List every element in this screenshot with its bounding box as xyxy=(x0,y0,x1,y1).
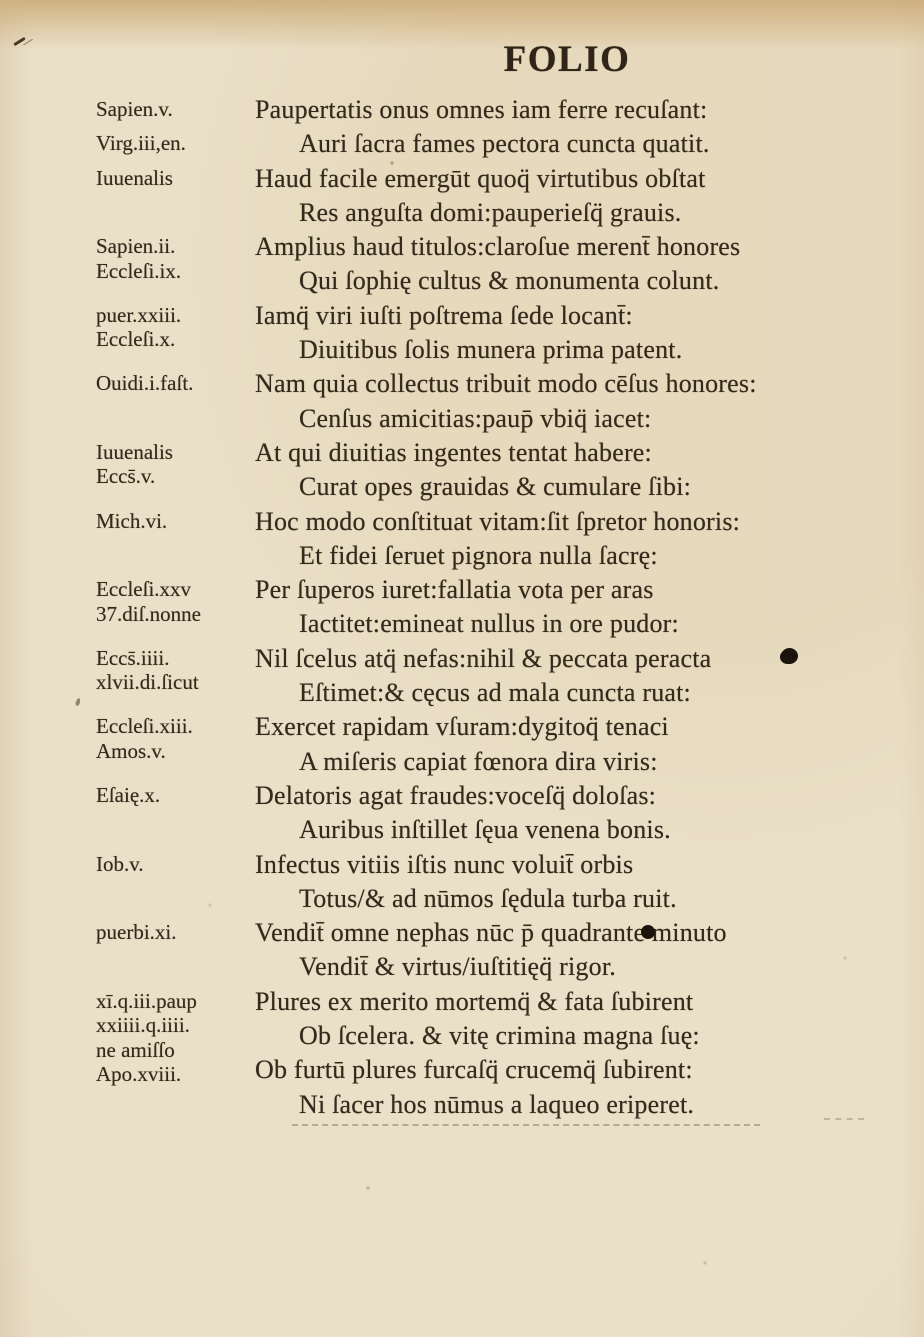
poem-line: Iactitet:emineat nullus in ore pudor: xyxy=(255,608,901,640)
poem-line: Amplius haud titulos:claroſue merent̄ ho… xyxy=(255,231,901,263)
poem-line: Nam quia collectus tribuit modo cēſus ho… xyxy=(255,368,901,400)
margin-citation: Eccleſi.xiii. xyxy=(96,714,255,739)
poem-line: Vendit̄ & virtus/iuſtitięq̈ rigor. xyxy=(255,951,901,983)
poem-row: Ni ſacer hos nūmus a laqueo eriperet. xyxy=(96,1089,901,1123)
margin-notes xyxy=(96,471,255,474)
poem-line: Res anguſta domi:pauperieſq̈ grauis. xyxy=(255,197,901,229)
poem-line: Delatoris agat fraudes:voceſq̈ doloſas: xyxy=(255,780,901,812)
margin-citation: xī.q.iii.paup xyxy=(96,989,255,1014)
margin-citation: Amos.v. xyxy=(96,739,255,764)
margin-notes: puerbi.xi. xyxy=(96,917,255,945)
margin-notes: xī.q.iii.paupxxiiii.q.iiii.ne amiſſoApo.… xyxy=(96,986,255,1087)
margin-notes xyxy=(96,540,255,543)
poem-row: Totus/& ad nūmos ſędula turba ruit. xyxy=(96,883,901,917)
poem-line: A miſeris capiat fœnora dira viris: xyxy=(255,746,901,778)
margin-citation: Iob.v. xyxy=(96,852,255,877)
margin-notes xyxy=(96,746,255,749)
poem-row: Eſaię.x.Delatoris agat fraudes:voceſq̈ d… xyxy=(96,780,901,814)
poem-row: Eccs̄.iiii.xlvii.di.ſicutNil ſcelus atq̈… xyxy=(96,643,901,677)
poem-row: puerbi.xi.Vendit̄ omne nephas nūc p̄ qua… xyxy=(96,917,901,951)
margin-notes xyxy=(96,814,255,817)
margin-notes xyxy=(96,197,255,200)
margin-notes: Virg.iii,en. xyxy=(96,128,255,156)
margin-notes xyxy=(96,403,255,406)
poem-row: Ouidi.i.faſt.Nam quia collectus tribuit … xyxy=(96,368,901,402)
margin-citation: 37.diſ.nonne xyxy=(96,602,255,627)
poem-line: Qui ſophię cultus & monumenta colunt. xyxy=(255,265,901,297)
poem-row: Eccleſi.xxv37.diſ.nonnePer ſuperos iuret… xyxy=(96,574,901,608)
poem-line: Hoc modo conſtituat vitam:ſit ſpretor ho… xyxy=(255,506,901,538)
margin-citation: Eſaię.x. xyxy=(96,783,255,808)
margin-citation: Apo.xviii. xyxy=(96,1062,255,1087)
margin-citation: Sapien.v. xyxy=(96,97,255,122)
poem-row: puer.xxiii.Eccleſi.x.Iamq̈ viri iuſti po… xyxy=(96,300,901,334)
margin-citation: xlvii.di.ſicut xyxy=(96,670,255,695)
margin-notes: Eccleſi.xiii.Amos.v. xyxy=(96,711,255,763)
margin-citation: Iuuenalis xyxy=(96,166,255,191)
poem-line: Plures ex merito mortemq̈ & fata ſubiren… xyxy=(255,986,901,1018)
poem-line: Auribus inſtillet ſęua venena bonis. xyxy=(255,814,901,846)
margin-notes xyxy=(96,265,255,268)
margin-citation: Eccleſi.ix. xyxy=(96,259,255,284)
poem-line: Curat opes grauidas & cumulare ſibi: xyxy=(255,471,901,503)
ink-blot xyxy=(781,648,798,664)
margin-citation: Sapien.ii. xyxy=(96,234,255,259)
poem-row: IuuenalisEccs̄.v.At qui diuitias ingente… xyxy=(96,437,901,471)
poem-row: xī.q.iii.paupxxiiii.q.iiii.ne amiſſoApo.… xyxy=(96,986,901,1020)
ink-blot xyxy=(641,925,655,939)
poem-row: Res anguſta domi:pauperieſq̈ grauis. xyxy=(96,197,901,231)
margin-citation: Ouidi.i.faſt. xyxy=(96,371,255,396)
poem-row: IuuenalisHaud facile emergūt quoq̈ virtu… xyxy=(96,163,901,197)
poem-line: Cenſus amicitias:paup̄ vbiq̈ iacet: xyxy=(255,403,901,435)
margin-citation: Eccs̄.v. xyxy=(96,464,255,489)
poem-row: Cenſus amicitias:paup̄ vbiq̈ iacet: xyxy=(96,403,901,437)
poem-row: Iob.v.Infectus vitiis iſtis nunc voluit̄… xyxy=(96,849,901,883)
margin-notes xyxy=(96,883,255,886)
poem-line: Per ſuperos iuret:fallatia vota per aras xyxy=(255,574,901,606)
margin-notes: Mich.vi. xyxy=(96,506,255,534)
poem-line: Vendit̄ omne nephas nūc p̄ quadrante min… xyxy=(255,917,901,949)
poem-line: Totus/& ad nūmos ſędula turba ruit. xyxy=(255,883,901,915)
poem-line: Ob furtū plures furcaſq̈ crucemq̈ ſubire… xyxy=(255,1054,901,1086)
margin-citation: Eccleſi.xxv xyxy=(96,577,255,602)
margin-notes: Eccleſi.xxv37.diſ.nonne xyxy=(96,574,255,626)
poem-line: Infectus vitiis iſtis nunc voluit̄ orbis xyxy=(255,849,901,881)
poem-line: Eſtimet:& cęcus ad mala cuncta ruat: xyxy=(255,677,901,709)
margin-citation: puer.xxiii. xyxy=(96,303,255,328)
ink-speck xyxy=(75,698,81,707)
margin-citation: Eccleſi.x. xyxy=(96,327,255,352)
poem-row: Auribus inſtillet ſęua venena bonis. xyxy=(96,814,901,848)
margin-citation: puerbi.xi. xyxy=(96,920,255,945)
margin-notes: Ouidi.i.faſt. xyxy=(96,368,255,396)
poem-line: Paupertatis onus omnes iam ferre recuſan… xyxy=(255,94,901,126)
margin-notes: puer.xxiii.Eccleſi.x. xyxy=(96,300,255,352)
pen-mark xyxy=(13,37,26,46)
poem-row: Mich.vi.Hoc modo conſtituat vitam:ſit ſp… xyxy=(96,506,901,540)
margin-citation: xxiiii.q.iiii. xyxy=(96,1013,255,1038)
margin-citation: Mich.vi. xyxy=(96,509,255,534)
poem-line: Iamq̈ viri iuſti poſtrema ſede locant̄: xyxy=(255,300,901,332)
margin-notes xyxy=(96,1089,255,1092)
book-page: FOLIO Sapien.v.Paupertatis onus omnes ia… xyxy=(0,0,924,1337)
poem-row: Vendit̄ & virtus/iuſtitięq̈ rigor. xyxy=(96,951,901,985)
margin-citation: ne amiſſo xyxy=(96,1038,255,1063)
margin-notes: Sapien.ii.Eccleſi.ix. xyxy=(96,231,255,283)
poem-line: At qui diuitias ingentes tentat habere: xyxy=(255,437,901,469)
poem-row: Eccleſi.xiii.Amos.v.Exercet rapidam vſur… xyxy=(96,711,901,745)
poem-row: Sapien.v.Paupertatis onus omnes iam ferr… xyxy=(96,94,901,128)
poem-line: Haud facile emergūt quoq̈ virtutibus obſ… xyxy=(255,163,901,195)
margin-notes: IuuenalisEccs̄.v. xyxy=(96,437,255,489)
poem-line: Et fidei ſeruet pignora nulla ſacrę: xyxy=(255,540,901,572)
margin-notes: Eſaię.x. xyxy=(96,780,255,808)
margin-notes: Iob.v. xyxy=(96,849,255,877)
poem-text-block: Sapien.v.Paupertatis onus omnes iam ferr… xyxy=(96,94,901,1123)
poem-row: Virg.iii,en.Auri ſacra fames pectora cun… xyxy=(96,128,901,162)
poem-row: Sapien.ii.Eccleſi.ix.Amplius haud titulo… xyxy=(96,231,901,265)
poem-line: Ni ſacer hos nūmus a laqueo eriperet. xyxy=(255,1089,901,1121)
margin-notes xyxy=(96,334,255,337)
poem-line: Exercet rapidam vſuram:dygitoq̈ tenaci xyxy=(255,711,901,743)
margin-citation: Iuuenalis xyxy=(96,440,255,465)
margin-notes: Iuuenalis xyxy=(96,163,255,191)
show-through-dashes xyxy=(292,1124,760,1126)
margin-notes xyxy=(96,677,255,680)
margin-citation: Virg.iii,en. xyxy=(96,131,255,156)
margin-notes xyxy=(96,1020,255,1023)
poem-line: Diuitibus ſolis munera prima patent. xyxy=(255,334,901,366)
margin-citation: Eccs̄.iiii. xyxy=(96,646,255,671)
margin-notes: Eccs̄.iiii.xlvii.di.ſicut xyxy=(96,643,255,695)
margin-notes xyxy=(96,951,255,954)
poem-row: Et fidei ſeruet pignora nulla ſacrę: xyxy=(96,540,901,574)
margin-notes xyxy=(96,1054,255,1057)
poem-line: Nil ſcelus atq̈ nefas:nihil & peccata pe… xyxy=(255,643,901,675)
page-title: FOLIO xyxy=(504,38,631,81)
margin-notes: Sapien.v. xyxy=(96,94,255,122)
margin-notes xyxy=(96,608,255,611)
poem-line: Ob ſcelera. & vitę crimina magna ſuę: xyxy=(255,1020,901,1052)
poem-line: Auri ſacra fames pectora cuncta quatit. xyxy=(255,128,901,160)
